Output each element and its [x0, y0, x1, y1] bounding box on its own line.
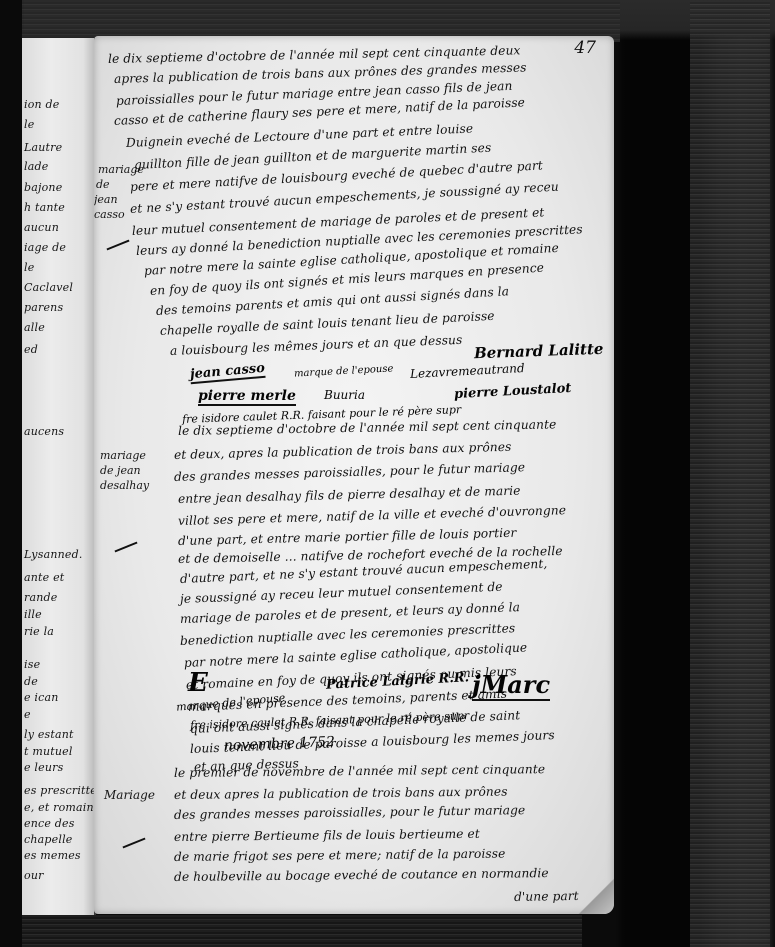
bride-mark-label: marque de l'epouse: [294, 363, 394, 379]
left-page-fragment: e, et romaine: [24, 801, 96, 814]
left-page-fragment: e ican: [24, 691, 59, 704]
left-page-fragment: chapelle: [24, 833, 73, 846]
left-page-fragment: t mutuel: [24, 745, 73, 758]
left-page-fragment: h tante: [24, 201, 65, 214]
entry-line: a louisbourg les mêmes jours et an que d…: [170, 333, 463, 358]
left-page-fragment: bajone: [24, 181, 62, 194]
left-page-fragment: lade: [24, 160, 48, 173]
left-page-fragment: ence des: [24, 817, 75, 830]
left-page-fragment: le: [24, 118, 34, 131]
margin-note-line: desalhay: [100, 478, 149, 493]
left-page-fragment: e: [24, 708, 31, 721]
binding-cloth-bottom: [22, 915, 582, 947]
left-page-fragment: ille: [24, 608, 42, 621]
signature-witness-2: Lezavremeautrand: [410, 361, 525, 381]
left-page-fragment: es prescrittes: [24, 784, 96, 797]
entry-line: et deux apres la publication de trois ba…: [174, 785, 508, 802]
margin-note-entry-2: mariage de jean desalhay: [100, 448, 149, 493]
left-page-fragment: alle: [24, 321, 45, 334]
left-page-fragment: rande: [24, 591, 57, 604]
binding-cloth-right: [690, 0, 770, 947]
left-page-fragment: es memes: [24, 849, 81, 862]
margin-note-line: de jean: [100, 463, 149, 478]
margin-dash-mark: [122, 838, 145, 849]
margin-note-line: mariage: [100, 448, 149, 463]
left-page-fragment: aucens: [24, 425, 64, 438]
entry-line: entre pierre Bertieume fils de louis ber…: [174, 827, 480, 844]
margin-note-line: Mariage: [104, 788, 155, 803]
margin-note-entry-3: Mariage: [104, 788, 155, 803]
entry-line: villot ses pere et mere, natif de la vil…: [178, 503, 566, 528]
left-page-fragment: Caclavel: [24, 281, 73, 294]
signature-witness-1: Bernard Lalitte: [474, 340, 604, 363]
entry-line: des grandes messes paroissialles, pour l…: [174, 803, 525, 822]
left-page-fragment: Lautre: [24, 141, 62, 154]
left-page-fragment: ante et: [24, 571, 64, 584]
left-page-fragment: parens: [24, 301, 63, 314]
bride-mark-glyph: E: [188, 668, 208, 698]
left-page-fragment: ed: [24, 343, 38, 356]
register-page: 47 mariage de jean casso le dix septieme…: [94, 36, 614, 914]
entry-line: d'une part, et entre marie portier fille…: [178, 526, 517, 548]
left-page-fragment: iage de: [24, 241, 66, 254]
left-page-fragment: ion de: [24, 98, 59, 111]
signature-witness-5: pierre Loustalot: [454, 381, 572, 402]
entry-line: des grandes messes paroissialles, pour l…: [174, 460, 526, 484]
left-page-fragment: ise: [24, 658, 40, 671]
left-page-fragment: Lysanned.: [24, 548, 83, 561]
left-facing-page: ion deleLautreladebajoneh tanteaucuniage…: [22, 38, 96, 915]
left-page-fragment: e leurs: [24, 761, 63, 774]
left-page-fragment: aucun: [24, 221, 59, 234]
left-page-fragment: de: [24, 675, 38, 688]
entry-line: le premier de novembre de l'année mil se…: [174, 762, 545, 780]
left-page-fragment: le: [24, 261, 34, 274]
signature-witness-4: Buuria: [324, 388, 365, 402]
margin-dash-mark: [114, 542, 137, 553]
page-fold-corner: [576, 876, 614, 914]
margin-dash-mark: [106, 240, 129, 251]
left-page-fragment: rie la: [24, 625, 54, 638]
page-number: 47: [574, 38, 596, 58]
signature-witness-3: pierre merle: [198, 388, 296, 406]
entry-line: entre jean desalhay fils de pierre desal…: [178, 484, 521, 506]
left-page-fragment: ly estant: [24, 728, 74, 741]
entry-line: d'une part: [514, 889, 579, 904]
entry-line: de houlbeville au bocage eveché de couta…: [174, 866, 549, 884]
signature-groom: jean casso: [189, 361, 265, 384]
left-page-fragment: our: [24, 869, 44, 882]
entry-line: et deux, apres la publication de trois b…: [174, 440, 512, 462]
signature-witness-2: jMarc: [472, 670, 550, 701]
entry-line: de marie frigot ses pere et mere; natif …: [174, 847, 506, 864]
